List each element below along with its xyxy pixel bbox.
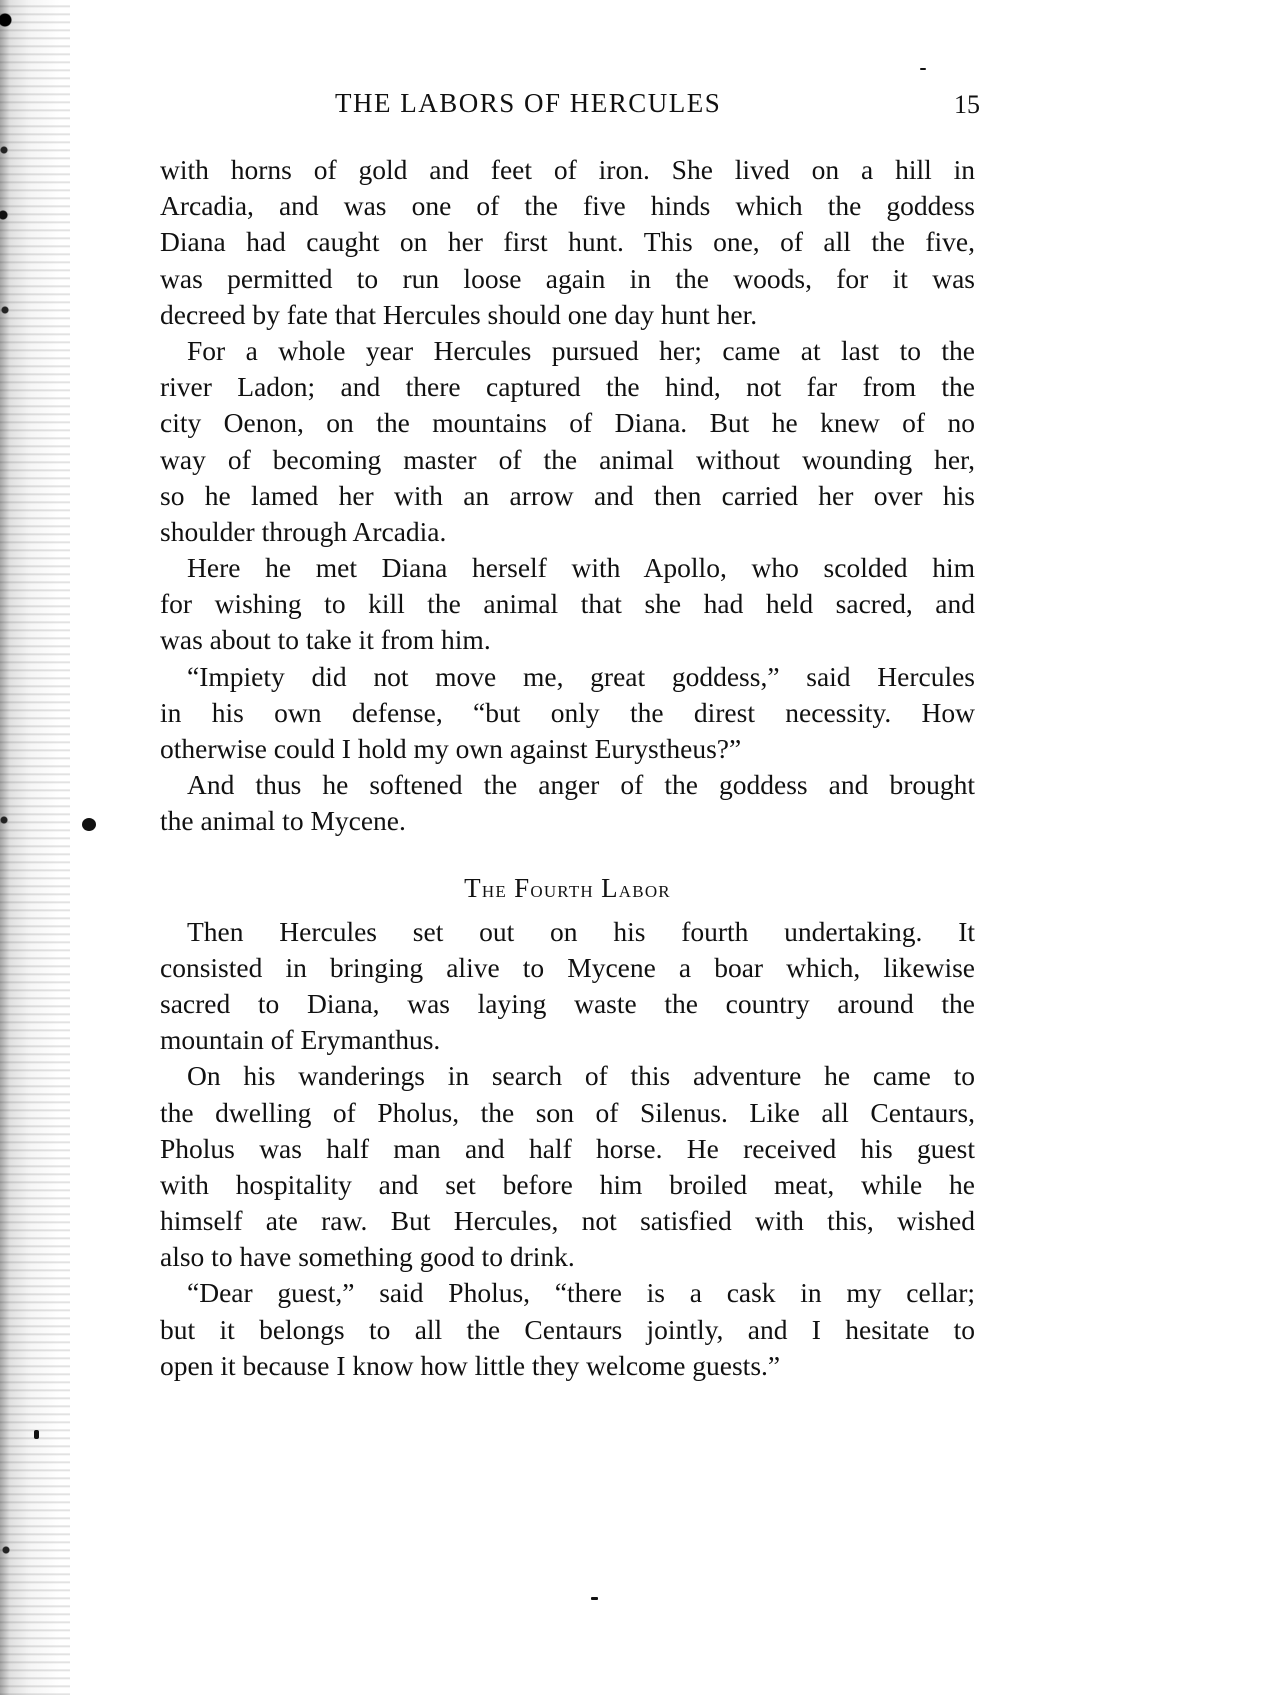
text-line: On his wanderings in search of this adve… bbox=[160, 1058, 975, 1094]
text-line: “Impiety did not move me, great goddess,… bbox=[160, 659, 975, 695]
paragraph: And thus he softened the anger of the go… bbox=[160, 767, 975, 839]
text-line: Then Hercules set out on his fourth unde… bbox=[160, 914, 975, 950]
text-line: shoulder through Arcadia. bbox=[160, 514, 975, 550]
text-line: in his own defense, “but only the direst… bbox=[160, 695, 975, 731]
text-line: so he lamed her with an arrow and then c… bbox=[160, 478, 975, 514]
text-line: Diana had caught on her first hunt. This… bbox=[160, 224, 975, 260]
ink-speck bbox=[591, 1597, 598, 1600]
text-line: Here he met Diana herself with Apollo, w… bbox=[160, 550, 975, 586]
scanned-page-edge-shadow bbox=[0, 0, 70, 1695]
text-line: For a whole year Hercules pursued her; c… bbox=[160, 333, 975, 369]
text-line: Pholus was half man and half horse. He r… bbox=[160, 1131, 975, 1167]
ink-speck bbox=[34, 1430, 39, 1439]
paragraph: On his wanderings in search of this adve… bbox=[160, 1058, 975, 1275]
text-line: the animal to Mycene. bbox=[160, 803, 975, 839]
text-line: the dwelling of Pholus, the son of Silen… bbox=[160, 1095, 975, 1131]
paragraph: “Dear guest,” said Pholus, “there is a c… bbox=[160, 1275, 975, 1384]
text-line: also to have something good to drink. bbox=[160, 1239, 975, 1275]
text-line: was permitted to run loose again in the … bbox=[160, 261, 975, 297]
text-line: city Oenon, on the mountains of Diana. B… bbox=[160, 405, 975, 441]
ink-speck bbox=[920, 68, 926, 70]
text-line: himself ate raw. But Hercules, not satis… bbox=[160, 1203, 975, 1239]
text-line: with hospitality and set before him broi… bbox=[160, 1167, 975, 1203]
text-line: otherwise could I hold my own against Eu… bbox=[160, 731, 975, 767]
paragraph: For a whole year Hercules pursued her; c… bbox=[160, 333, 975, 550]
page-number: 15 bbox=[954, 90, 980, 120]
text-line: open it because I know how little they w… bbox=[160, 1348, 975, 1384]
running-title: THE LABORS OF HERCULES bbox=[335, 88, 721, 119]
text-line: river Ladon; and there captured the hind… bbox=[160, 369, 975, 405]
text-line: “Dear guest,” said Pholus, “there is a c… bbox=[160, 1275, 975, 1311]
ink-blot bbox=[82, 818, 96, 831]
paragraph: Here he met Diana herself with Apollo, w… bbox=[160, 550, 975, 659]
page-header: THE LABORS OF HERCULES 15 bbox=[160, 88, 980, 128]
paragraph: with horns of gold and feet of iron. She… bbox=[160, 152, 975, 333]
text-line: for wishing to kill the animal that she … bbox=[160, 586, 975, 622]
text-line: consisted in bringing alive to Mycene a … bbox=[160, 950, 975, 986]
text-line: was about to take it from him. bbox=[160, 622, 975, 658]
text-line: Arcadia, and was one of the five hinds w… bbox=[160, 188, 975, 224]
paragraph: “Impiety did not move me, great goddess,… bbox=[160, 659, 975, 768]
text-line: but it belongs to all the Centaurs joint… bbox=[160, 1312, 975, 1348]
text-line: And thus he softened the anger of the go… bbox=[160, 767, 975, 803]
text-line: with horns of gold and feet of iron. She… bbox=[160, 152, 975, 188]
text-line: sacred to Diana, was laying waste the co… bbox=[160, 986, 975, 1022]
section-heading: The Fourth Labor bbox=[160, 870, 975, 906]
text-line: mountain of Erymanthus. bbox=[160, 1022, 975, 1058]
text-line: way of becoming master of the animal wit… bbox=[160, 442, 975, 478]
page-body: with horns of gold and feet of iron. She… bbox=[160, 152, 975, 1384]
paragraph: Then Hercules set out on his fourth unde… bbox=[160, 914, 975, 1059]
text-line: decreed by fate that Hercules should one… bbox=[160, 297, 975, 333]
